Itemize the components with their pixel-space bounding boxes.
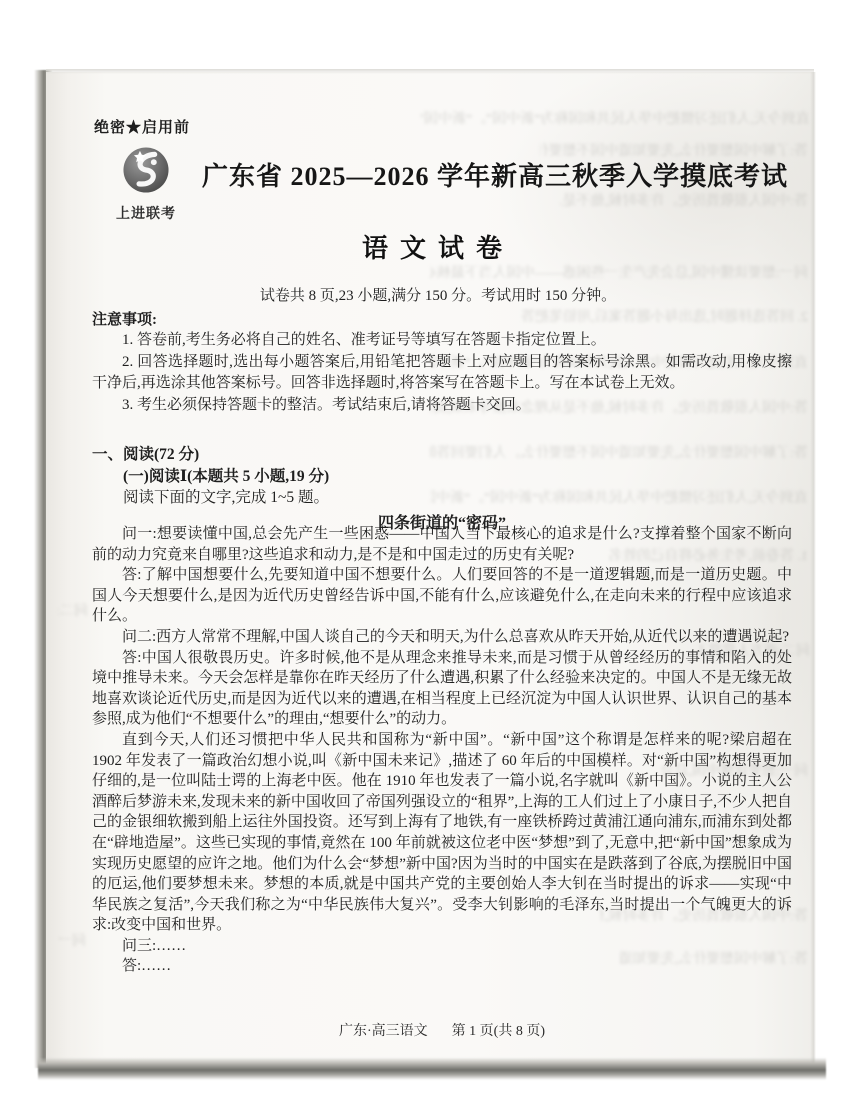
page-footer: 广东·高三语文第 1 页(共 8 页) [92,1020,792,1040]
passage-paragraph: 问二:西方人常常不理解,中国人谈自己的今天和明天,为什么总喜欢从昨天开始,从近代… [92,627,792,648]
reading-instruction: 阅读下面的文字,完成 1~5 题。 [92,487,792,509]
passage-paragraph: 直到今天,人们还习惯把中华人民共和国称为“新中国”。“新中国”这个称谓是怎样来的… [92,730,792,936]
logo-wordmark: 上进联考 [98,203,194,223]
security-label: 绝密★启用前 [94,116,190,137]
subsection-heading: (一)阅读Ⅰ(本题共 5 小题,19 分) [92,466,792,488]
passage-paragraph: 答:了解中国想要什么,先要知道中国不想要什么。人们要回答的不是一道逻辑题,而是一… [92,565,792,627]
footer-subject: 广东·高三语文 [339,1024,428,1039]
exam-page-content: 绝密★启用前 上进联考 广东省 2025—2026 学年新高三秋季入学摸底考试 … [46,72,814,1064]
notices-list: 1. 答卷前,考生务必将自己的姓名、准考证号等填写在答题卡指定位置上。 2. 回… [92,330,792,416]
exam-brand-logo: 上进联考 [98,144,194,223]
passage-paragraph: 问一:想要读懂中国,总会先产生一些困惑——中国人当下最核心的追求是什么?支撑着整… [92,524,792,565]
passage-paragraph-ellipsis: 答:…… [92,956,792,977]
passage-paragraph: 答:中国人很敬畏历史。许多时候,他不是从理念来推导未来,而是习惯于从曾经经历的事… [92,648,792,730]
subject-title: 语文试卷 [92,228,784,265]
notice-item-2: 2. 回答选择题时,选出每小题答案后,用铅笔把答题卡上对应题目的答案标号涂黑。如… [92,352,792,395]
notices-heading: 注意事项: [92,308,157,329]
shangjin-logo-icon [120,183,172,200]
section-headings: 一、阅读(72 分) (一)阅读Ⅰ(本题共 5 小题,19 分) 阅读下面的文字… [92,444,792,509]
passage-paragraph-ellipsis: 问三:…… [92,936,792,957]
notice-item-3: 3. 考生必须保持答题卡的整洁。考试结束后,请将答题卡交回。 [92,395,792,417]
paper-info-line: 试卷共 8 页,23 小题,满分 150 分。考试用时 150 分钟。 [92,284,784,305]
section-heading: 一、阅读(72 分) [92,444,792,466]
passage-body: 问一:想要读懂中国,总会先产生一些困惑——中国人当下最核心的追求是什么?支撑着整… [92,524,792,977]
exam-title: 广东省 2025—2026 学年新高三秋季入学摸底考试 [196,156,794,193]
footer-page-number: 第 1 页(共 8 页) [452,1024,545,1039]
notice-item-1: 1. 答卷前,考生务必将自己的姓名、准考证号等填写在答题卡指定位置上。 [92,330,792,352]
